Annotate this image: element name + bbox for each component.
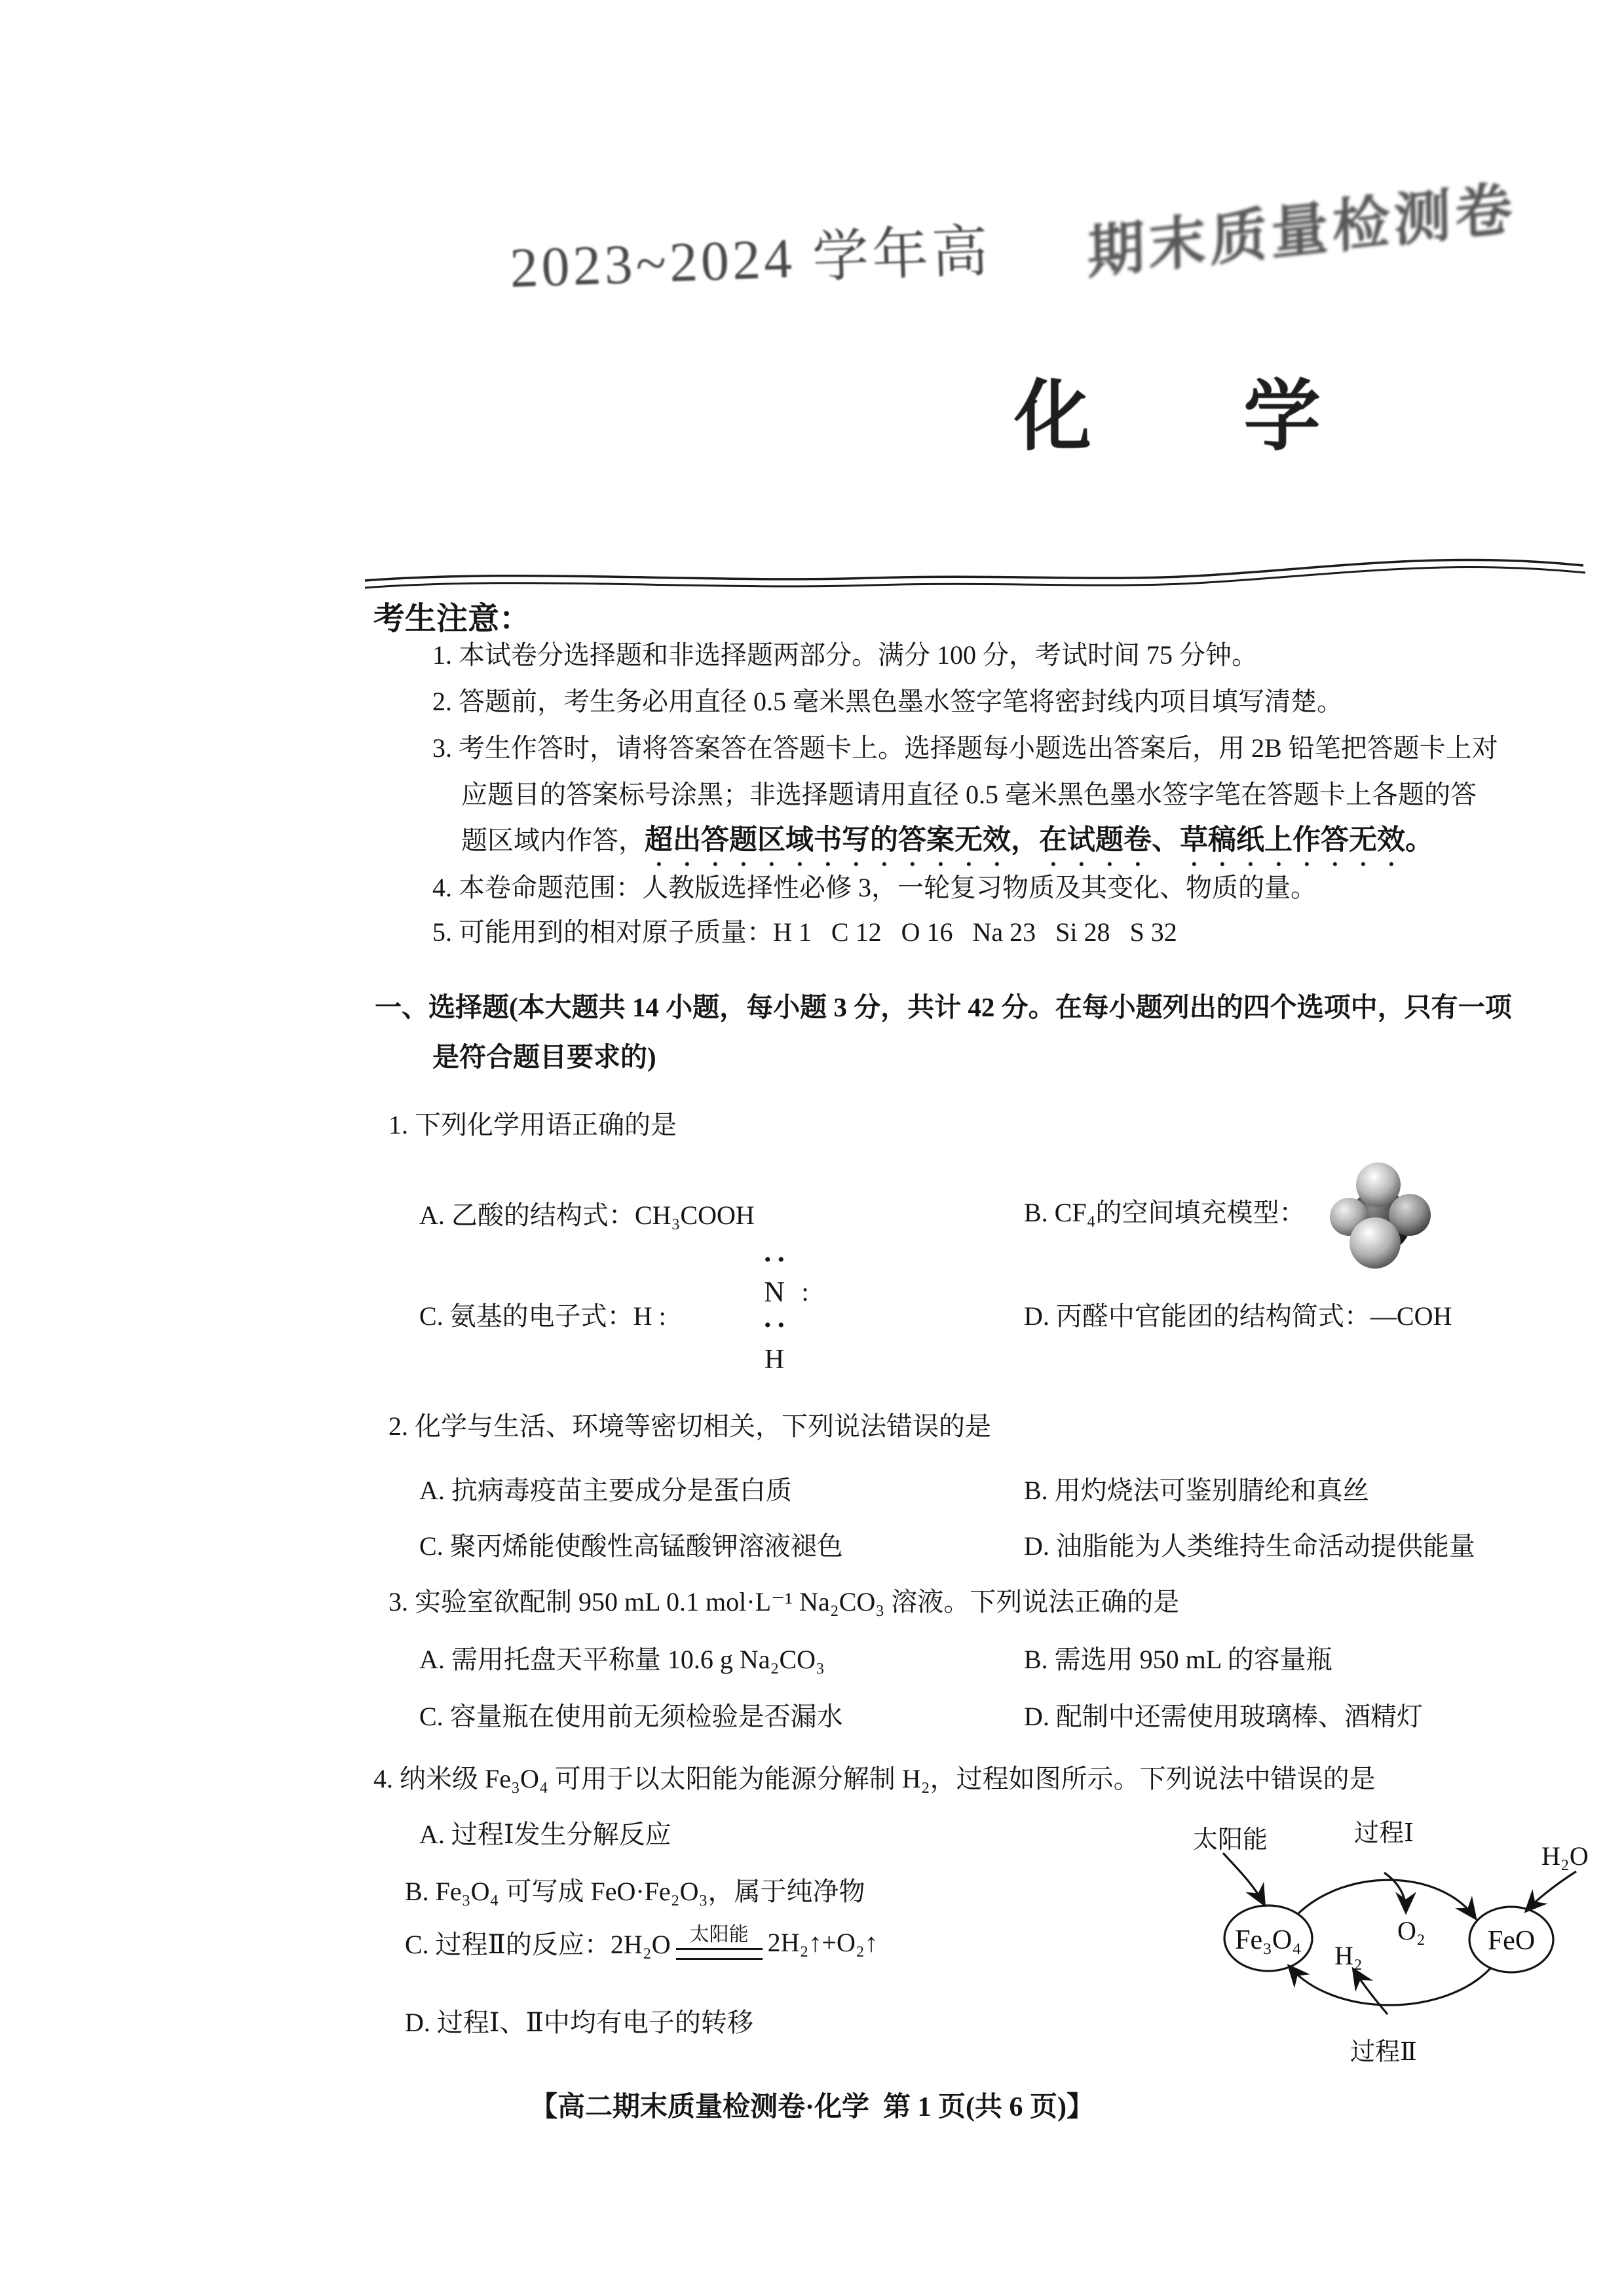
question-1-option-c: C. 氨基的电子式：H : [419, 1300, 666, 1333]
question-3-option-c: C. 容量瓶在使用前无须检验是否漏水 [419, 1700, 843, 1733]
notice-item-5-number: 5. [432, 917, 452, 947]
notice-item-3-line-2: 应题目的答案标号涂黑；非选择题请用直径 0.5 毫米黑色墨水签字笔在答题卡上各题… [461, 778, 1477, 811]
question-2-stem: 2. 化学与生活、环境等密切相关，下列说法错误的是 [388, 1410, 991, 1443]
q4c-condition-label: 太阳能 [690, 1925, 749, 1945]
question-2-option-b: B. 用灼烧法可鉴别腈纶和真丝 [1024, 1474, 1369, 1507]
notice-item-5: 5. 可能用到的相对原子质量：H 1 C 12 O 16 Na 23 Si 28… [432, 916, 1177, 949]
notice-item-2-number: 2. [432, 687, 452, 716]
question-1-stem: 1. 下列化学用语正确的是 [388, 1109, 677, 1141]
electron-nitrogen: N [764, 1270, 785, 1311]
process-1-label: 过程Ⅰ [1354, 1820, 1414, 1847]
notice-item-2: 2. 答题前，考生务必用直径 0.5 毫米黑色墨水签字笔将密封线内项目填写清楚。 [432, 685, 1343, 718]
solar-energy-label: 太阳能 [1193, 1826, 1268, 1854]
notice-item-2-text: 答题前，考生务必用直径 0.5 毫米黑色墨水签字笔将密封线内项目填写清楚。 [459, 687, 1343, 716]
process-2-label: 过程Ⅱ [1350, 2038, 1417, 2066]
question-2-option-a: A. 抗病毒疫苗主要成分是蛋白质 [419, 1474, 792, 1507]
subject-title: 化学 [1014, 354, 1321, 465]
notice-item-3-number: 3. [432, 733, 452, 763]
model-bottom-atom [1350, 1217, 1401, 1269]
question-4-option-a: A. 过程Ⅰ发生分解反应 [419, 1818, 671, 1851]
question-4-option-d: D. 过程Ⅰ、Ⅱ中均有电子的转移 [405, 2006, 753, 2039]
notice-item-1-text: 本试卷分选择题和非选择题两部分。满分 100 分，考试时间 75 分钟。 [459, 640, 1258, 670]
notice-item-3-line-3: 题区域内作答，超出答题区域书写的答案无效，在试题卷、草稿纸上作答无效。 [461, 823, 1433, 872]
page-footer: 【高二期末质量检测卷·化学 第 1 页(共 6 页)】 [0, 2085, 1624, 2124]
question-2-option-d: D. 油脂能为人类维持生命活动提供能量 [1024, 1530, 1475, 1563]
section-1-heading-line-1: 一、选择题(本大题共 14 小题，每小题 3 分，共计 42 分。在每小题列出的… [375, 991, 1512, 1024]
notice-heading: 考生注意： [373, 593, 531, 638]
q4c-reaction-condition: 太阳能 [676, 1925, 763, 1960]
subject-char-2: 学 [1243, 374, 1321, 460]
feo-label: FeO [1488, 1926, 1535, 1956]
exam-paper-page-1: 2023~2024 学年高 期末质量检测卷 化学 考生注意： 1. 本试卷分选择… [0, 0, 1624, 2296]
exam-year-title-right: 期末质量检测卷 [1087, 162, 1517, 290]
question-3-option-d: D. 配制中还需使用玻璃棒、酒精灯 [1024, 1700, 1423, 1733]
water-label: H₂O [1541, 1841, 1589, 1871]
question-1-option-b: B. CF₄的空间填充模型： [1024, 1196, 1306, 1229]
atomic-mass-list: H 1 C 12 O 16 Na 23 Si 28 S 32 [773, 917, 1177, 947]
notice-item-4: 4. 本卷命题范围：人教版选择性必修 3，一轮复习物质及其变化、物质的量。 [432, 871, 1317, 904]
question-1-option-d: D. 丙醛中官能团的结构简式：—COH [1024, 1300, 1452, 1333]
notice-item-3-text-1: 考生作答时，请将答案答在答题卡上。选择题每小题选出答案后，用 2B 铅笔把答题卡… [459, 733, 1498, 763]
question-4-stem: 4. 纳米级 Fe₃O₄ 可用于以太阳能为能源分解制 H₂，过程如图所示。下列说… [373, 1763, 1376, 1795]
question-2-option-c: C. 聚丙烯能使酸性高锰酸钾溶液褪色 [419, 1530, 843, 1563]
cf4-space-filling-model [1331, 1164, 1429, 1272]
subject-char-1: 化 [1014, 374, 1091, 460]
notice-item-5-label: 可能用到的相对原子质量： [459, 917, 773, 947]
q4c-equation-right: 2H₂↑+O₂↑ [768, 1927, 878, 1958]
hydrogen-branch-arrow [1354, 1970, 1388, 2014]
electron-hydrogen: H [765, 1335, 784, 1373]
amino-electron-formula: •• N : •• H [755, 1250, 816, 1373]
exam-year-title-left: 2023~2024 学年高 [508, 205, 992, 303]
question-3-option-a: A. 需用托盘天平称量 10.6 g Na₂CO₃ [419, 1643, 825, 1676]
notice-item-3-emphasis-2: 在试题卷、草稿纸上作答无效。 [1039, 825, 1433, 856]
electron-right-colon: : [801, 1270, 808, 1311]
notice-item-1: 1. 本试卷分选择题和非选择题两部分。满分 100 分，考试时间 75 分钟。 [432, 639, 1258, 672]
section-1-heading-line-2: 是符合题目要求的) [432, 1041, 656, 1074]
process-1-arc [1298, 1880, 1475, 1917]
fe3o4-label: Fe₃O₄ [1235, 1925, 1302, 1955]
notice-item-3-line-1: 3. 考生作答时，请将答案答在答题卡上。选择题每小题选出答案后，用 2B 铅笔把… [432, 732, 1498, 765]
oxygen-label: O₂ [1397, 1916, 1426, 1945]
electron-dots-bottom: •• [757, 1311, 791, 1335]
question-4-option-b: B. Fe₃O₄ 可写成 FeO·Fe₂O₃，属于纯净物 [405, 1875, 865, 1908]
electron-dots-top: •• [757, 1250, 791, 1270]
water-input-arrow [1527, 1871, 1576, 1910]
q4c-double-bond-bar [676, 1948, 763, 1960]
header-divider-rule [362, 554, 1590, 600]
q4c-equation-left: C. 过程Ⅱ的反应：2H₂O [405, 1924, 671, 1961]
solar-energy-arrow [1223, 1853, 1264, 1904]
question-4-option-c: C. 过程Ⅱ的反应：2H₂O 太阳能 2H₂↑+O₂↑ [405, 1924, 878, 1961]
notice-item-1-number: 1. [432, 640, 452, 670]
question-3-option-b: B. 需选用 950 mL 的容量瓶 [1024, 1643, 1332, 1676]
notice-item-3-emphasis-1: 超出答题区域书写的答案无效， [645, 825, 1039, 856]
question-1-option-a: A. 乙酸的结构式：CH₃COOH [419, 1199, 755, 1232]
q4-solar-cycle-diagram: 太阳能 过程Ⅰ H₂O O₂ H₂ Fe₃O₄ FeO 过程Ⅱ [1182, 1807, 1608, 2076]
oxygen-branch-arrow [1384, 1873, 1406, 1911]
question-3-stem: 3. 实验室欲配制 950 mL 0.1 mol·L⁻¹ Na₂CO₃ 溶液。下… [388, 1586, 1179, 1618]
hydrogen-label: H₂ [1334, 1941, 1363, 1970]
process-2-arc [1290, 1967, 1490, 2005]
notice-item-4-number: 4. [432, 873, 452, 902]
notice-item-4-text: 本卷命题范围：人教版选择性必修 3，一轮复习物质及其变化、物质的量。 [459, 873, 1317, 902]
notice-item-3-text-3: 题区域内作答， [461, 826, 645, 855]
